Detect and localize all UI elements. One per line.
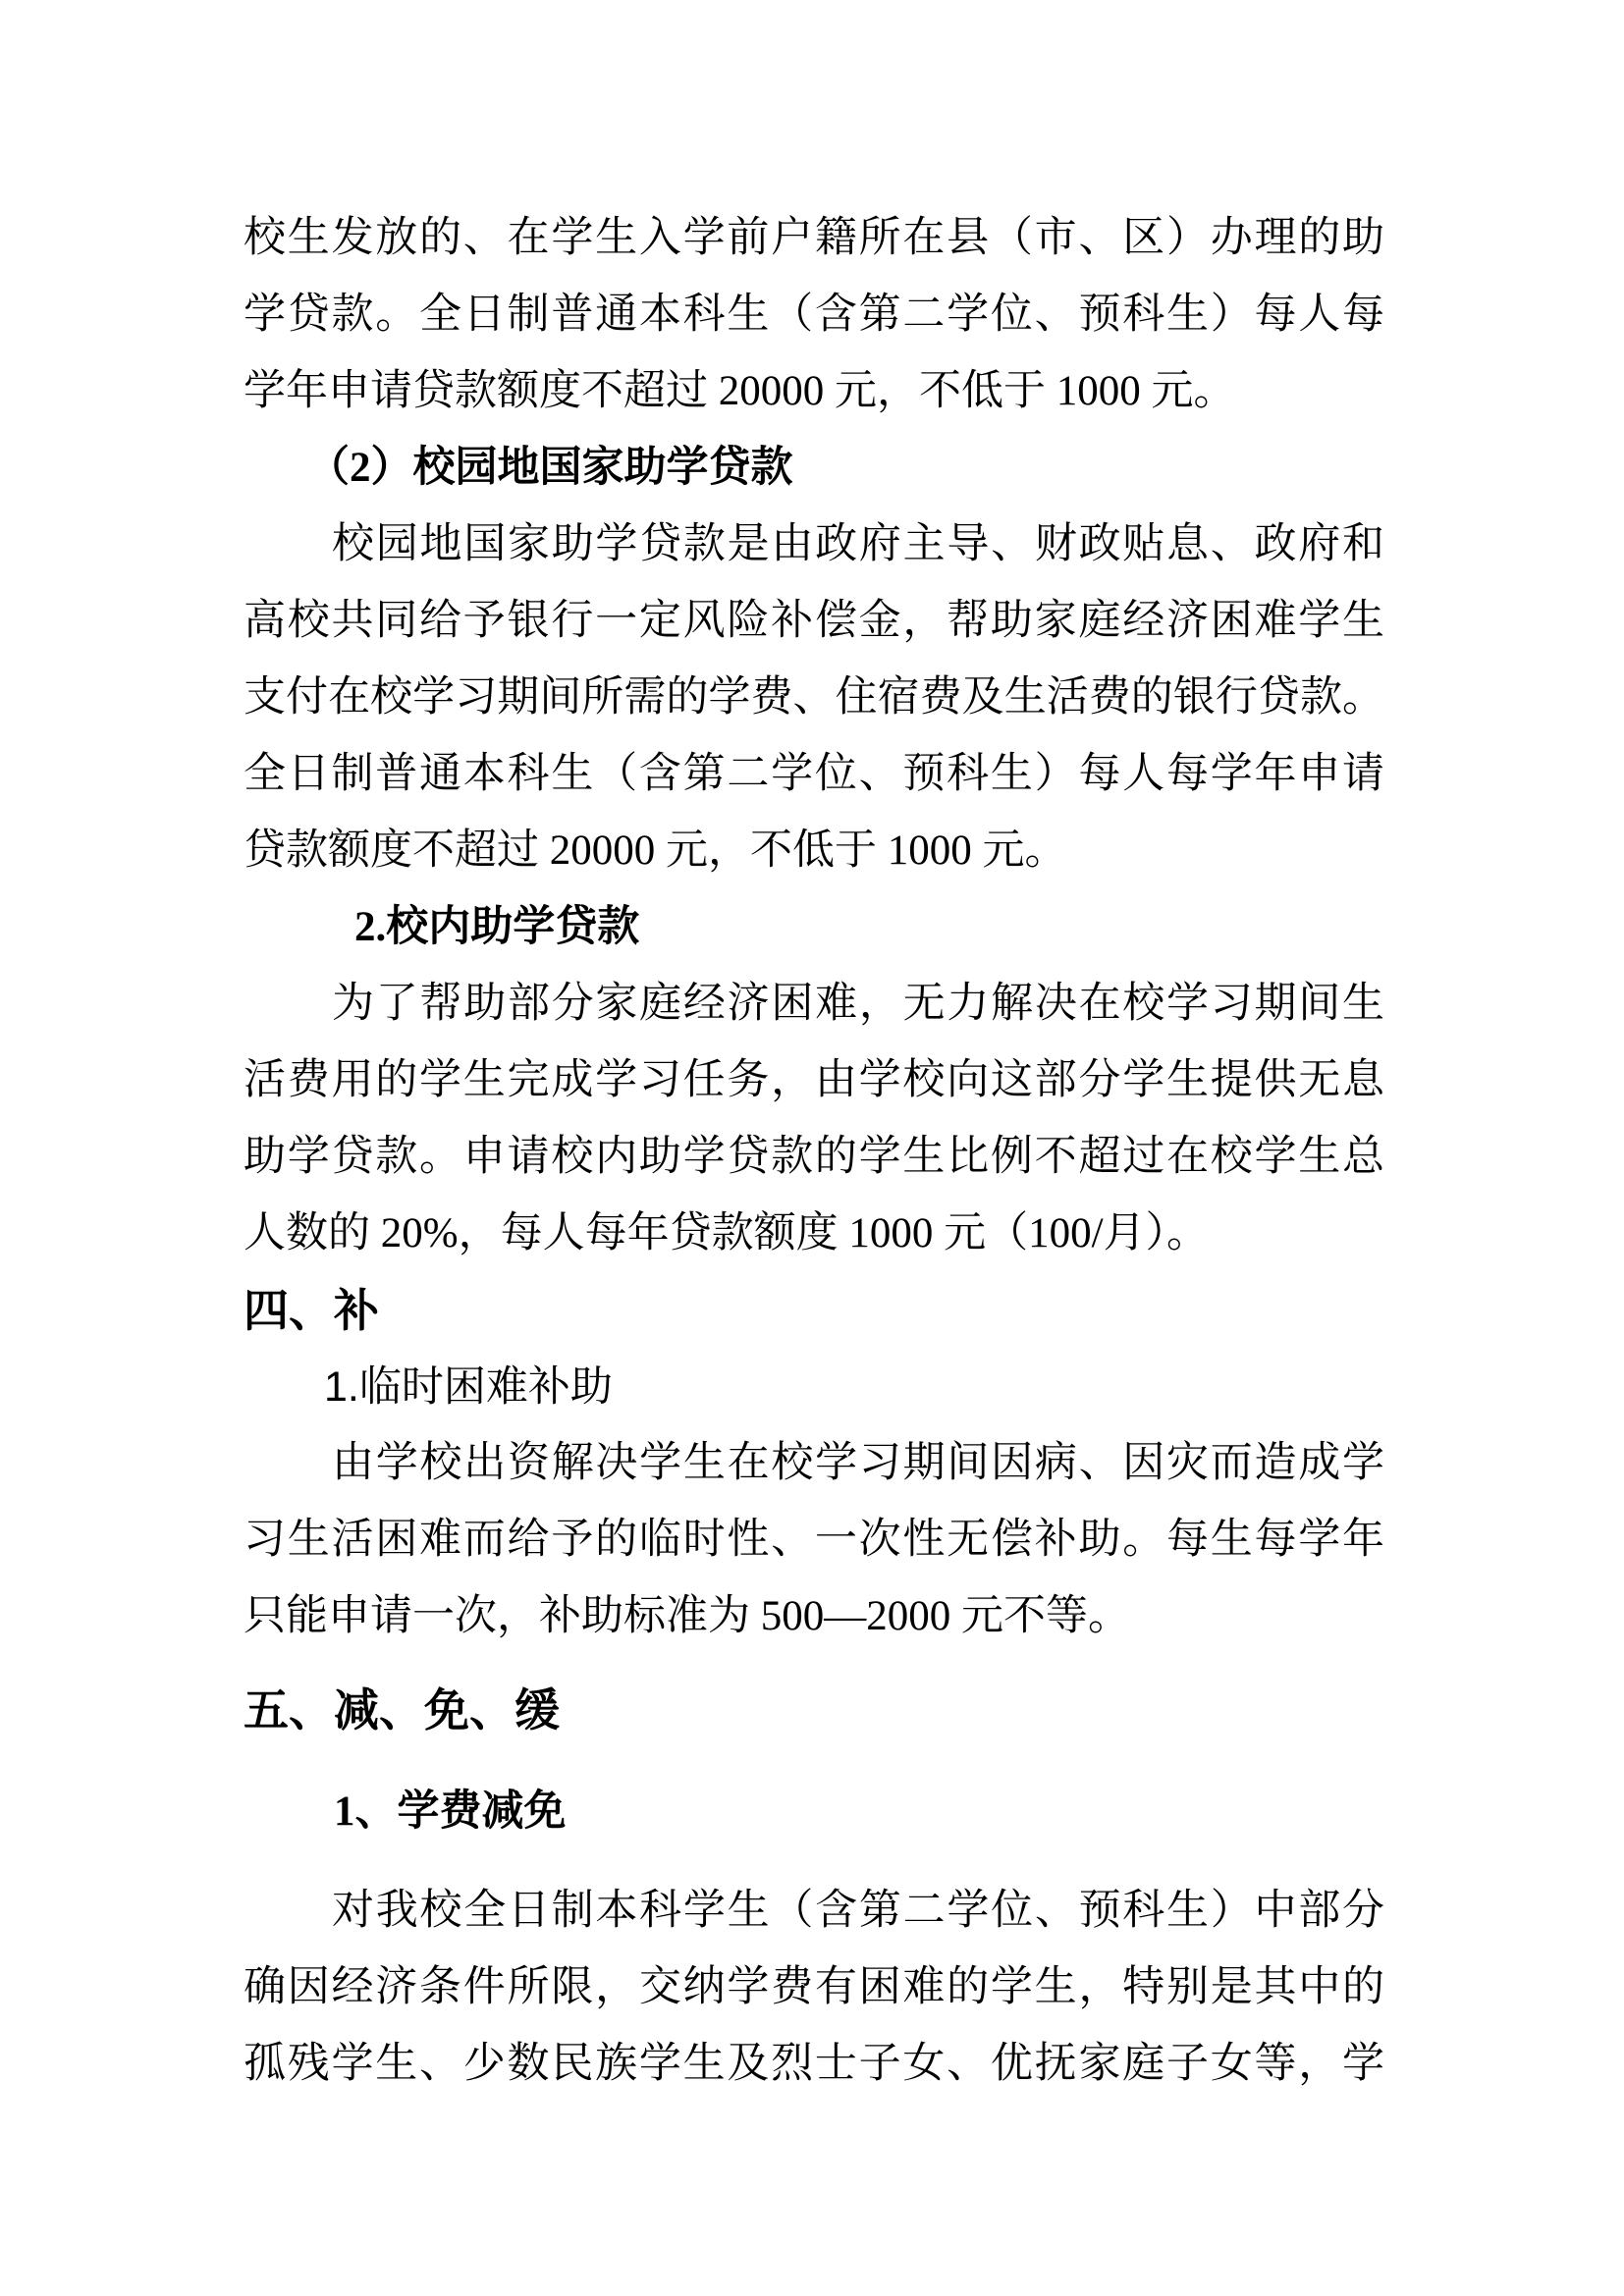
body-line: 支付在校学习期间所需的学费、住宿费及生活费的银行贷款。	[244, 660, 1384, 736]
body-line: 全日制普通本科生（含第二学位、预科生）每人每学年申请	[244, 736, 1384, 813]
body-line: 高校共同给予银行一定风险补偿金，帮助家庭经济困难学生	[244, 583, 1384, 660]
body-line: 确因经济条件所限，交纳学费有困难的学生，特别是其中的	[244, 1949, 1384, 2026]
body-line: 习生活困难而给予的临时性、一次性无偿补助。每生每学年	[244, 1502, 1384, 1578]
heading-internal-loan: 2.校内助学贷款	[244, 889, 1384, 966]
document-page: 校生发放的、在学生入学前户籍所在县（市、区）办理的助 学贷款。全日制普通本科生（…	[0, 0, 1624, 2296]
heading-section-5-reduce-exempt-defer: 五、减、免、缓	[244, 1672, 1384, 1748]
heading-tuition-reduction: 1、学费减免	[244, 1774, 1384, 1850]
body-line: 校园地国家助学贷款是由政府主导、财政贴息、政府和	[244, 507, 1384, 583]
heading-temporary-subsidy: 1.临时困难补助	[244, 1349, 1384, 1425]
heading-section-4-subsidy: 四、补	[244, 1272, 1384, 1349]
body-line: 人数的 20%，每人每年贷款额度 1000 元（100/月）。	[244, 1196, 1384, 1272]
heading-campus-national-loan: （2）校园地国家助学贷款	[244, 430, 1384, 507]
body-line: 活费用的学生完成学习任务，由学校向这部分学生提供无息	[244, 1042, 1384, 1119]
body-line: 学贷款。全日制普通本科生（含第二学位、预科生）每人每	[244, 277, 1384, 353]
body-line: 只能申请一次，补助标准为 500—2000 元不等。	[244, 1578, 1384, 1655]
body-line: 贷款额度不超过 20000 元，不低于 1000 元。	[244, 813, 1384, 889]
body-line: 学年申请贷款额度不超过 20000 元，不低于 1000 元。	[244, 353, 1384, 430]
body-line: 校生发放的、在学生入学前户籍所在县（市、区）办理的助	[244, 200, 1384, 277]
body-line: 由学校出资解决学生在校学习期间因病、因灾而造成学	[244, 1425, 1384, 1502]
body-line: 助学贷款。申请校内助学贷款的学生比例不超过在校学生总	[244, 1119, 1384, 1196]
body-line: 孤残学生、少数民族学生及烈士子女、优抚家庭子女等，学	[244, 2026, 1384, 2103]
body-line: 为了帮助部分家庭经济困难，无力解决在校学习期间生	[244, 966, 1384, 1042]
body-line: 对我校全日制本科学生（含第二学位、预科生）中部分	[244, 1873, 1384, 1949]
document-content: 校生发放的、在学生入学前户籍所在县（市、区）办理的助 学贷款。全日制普通本科生（…	[0, 0, 1624, 2296]
